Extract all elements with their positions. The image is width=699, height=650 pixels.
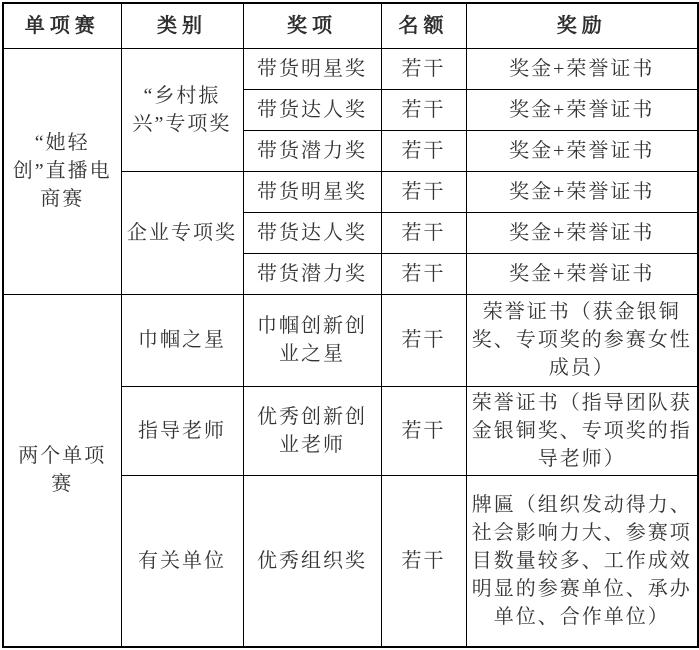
header-quota: 名额 — [381, 3, 466, 48]
category-cell-rural-revitalization: “乡村振兴”专项奖 — [121, 48, 243, 171]
award-cell: 优秀组织奖 — [243, 475, 381, 647]
award-cell: 带货明星奖 — [243, 171, 381, 212]
award-cell: 带货达人奖 — [243, 89, 381, 130]
award-cell: 带货潜力奖 — [243, 253, 381, 294]
quota-cell: 若干 — [381, 475, 466, 647]
quota-cell: 若干 — [381, 212, 466, 253]
award-cell: 带货明星奖 — [243, 48, 381, 89]
header-award: 奖项 — [243, 3, 381, 48]
header-row: 单项赛 类别 奖项 名额 奖励 — [3, 3, 698, 48]
award-cell: 带货达人奖 — [243, 212, 381, 253]
group-cell-live-ecommerce: “她轻创”直播电商赛 — [3, 48, 121, 294]
category-cell-mentor: 指导老师 — [121, 386, 243, 475]
header-competition: 单项赛 — [3, 3, 121, 48]
quota-cell: 若干 — [381, 253, 466, 294]
group-cell-two-individual: 两个单项赛 — [3, 294, 121, 647]
award-cell: 优秀创新创业老师 — [243, 386, 381, 475]
reward-cell: 荣誉证书（获金银铜奖、专项奖的参赛女性成员） — [466, 294, 698, 386]
quota-cell: 若干 — [381, 89, 466, 130]
header-reward: 奖励 — [466, 3, 698, 48]
award-cell: 巾帼创新创业之星 — [243, 294, 381, 386]
header-category: 类别 — [121, 3, 243, 48]
reward-cell: 牌匾（组织发动得力、社会影响力大、参赛项目数量较多、工作成效明显的参赛单位、承办… — [466, 475, 698, 647]
quota-cell: 若干 — [381, 294, 466, 386]
quota-cell: 若干 — [381, 171, 466, 212]
reward-cell: 奖金+荣誉证书 — [466, 171, 698, 212]
award-cell: 带货潜力奖 — [243, 130, 381, 171]
category-cell-enterprise: 企业专项奖 — [121, 171, 243, 294]
table-row: “她轻创”直播电商赛 “乡村振兴”专项奖 带货明星奖 若干 奖金+荣誉证书 — [3, 48, 698, 89]
table-image: 单项赛 类别 奖项 名额 奖励 “她轻创”直播电商赛 “乡村振兴”专项奖 带货明… — [0, 0, 699, 650]
reward-cell: 奖金+荣誉证书 — [466, 48, 698, 89]
awards-table: 单项赛 类别 奖项 名额 奖励 “她轻创”直播电商赛 “乡村振兴”专项奖 带货明… — [2, 2, 699, 648]
reward-cell: 奖金+荣誉证书 — [466, 89, 698, 130]
category-cell-jinguo-star: 巾帼之星 — [121, 294, 243, 386]
reward-cell: 奖金+荣誉证书 — [466, 130, 698, 171]
quota-cell: 若干 — [381, 48, 466, 89]
reward-cell: 奖金+荣誉证书 — [466, 212, 698, 253]
table-row: 两个单项赛 巾帼之星 巾帼创新创业之星 若干 荣誉证书（获金银铜奖、专项奖的参赛… — [3, 294, 698, 386]
quota-cell: 若干 — [381, 386, 466, 475]
reward-cell: 奖金+荣誉证书 — [466, 253, 698, 294]
category-cell-organizations: 有关单位 — [121, 475, 243, 647]
quota-cell: 若干 — [381, 130, 466, 171]
reward-cell: 荣誉证书（指导团队获金银铜奖、专项奖的指导老师） — [466, 386, 698, 475]
